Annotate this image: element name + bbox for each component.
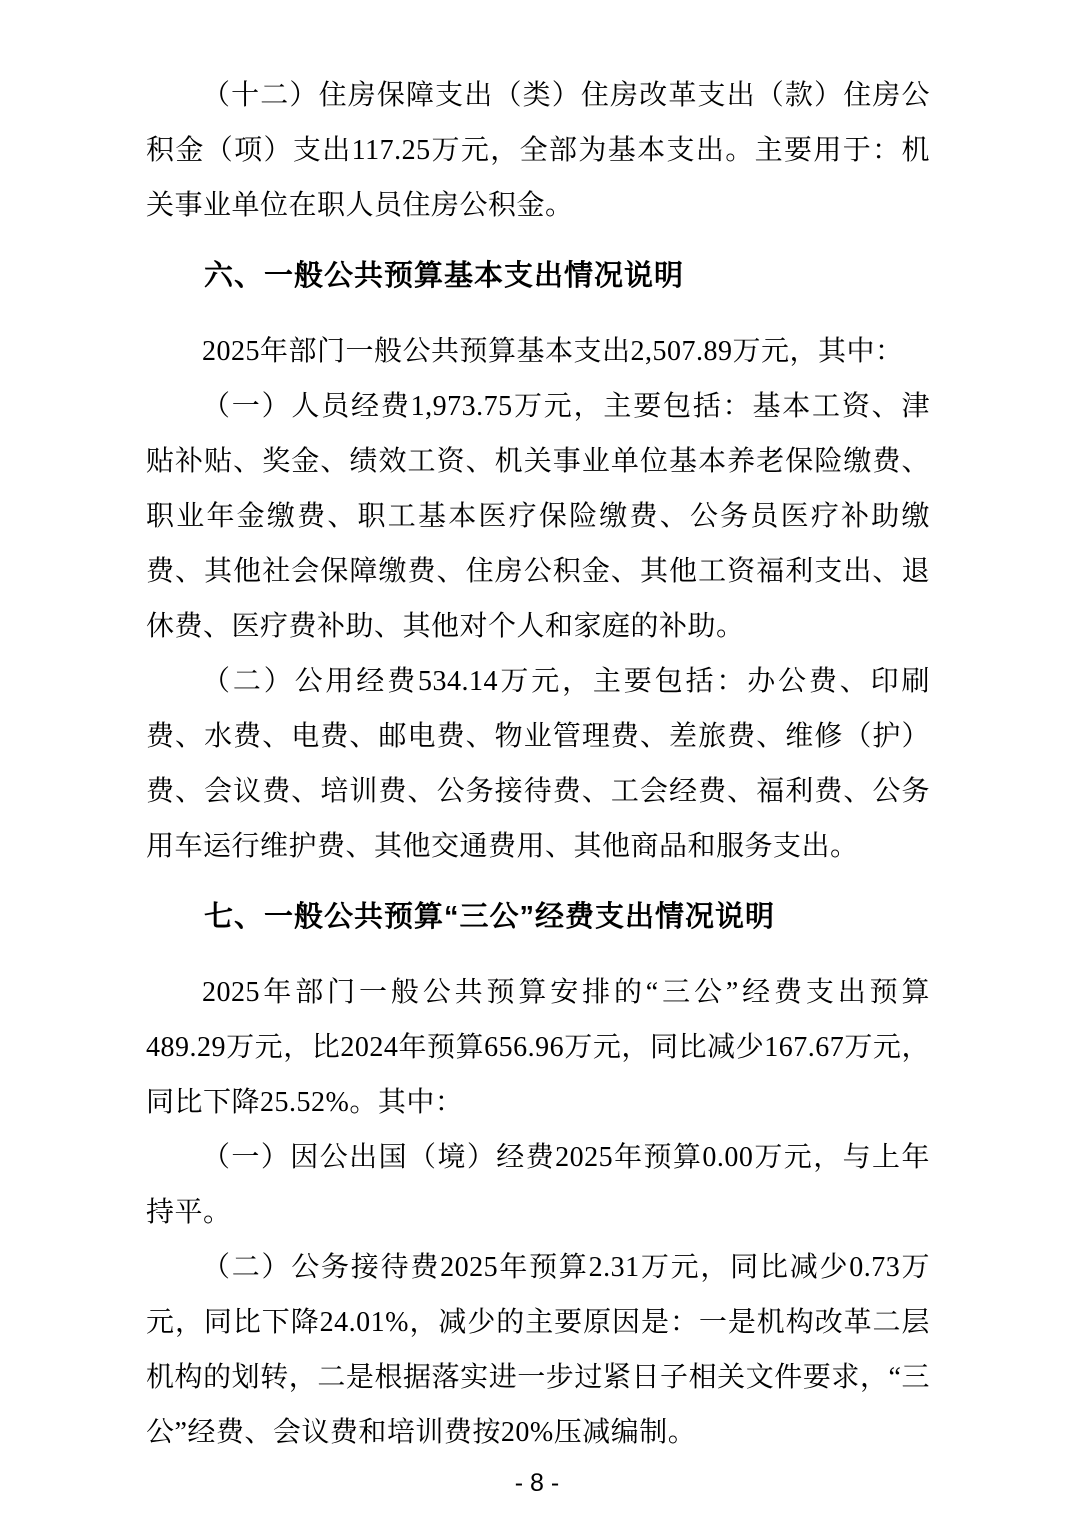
document-content: （十二）住房保障支出（类）住房改革支出（款）住房公积金（项）支出117.25万元… [146,68,930,1460]
paragraph-overseas-trip-expense: （一）因公出国（境）经费2025年预算0.00万元，与上年持平。 [146,1130,930,1240]
heading-section-seven-three-public-expense: 七、一般公共预算“三公”经费支出情况说明 [146,890,930,945]
paragraph-housing-security-expenditure: （十二）住房保障支出（类）住房改革支出（款）住房公积金（项）支出117.25万元… [146,68,930,233]
paragraph-section7-intro: 2025年部门一般公共预算安排的“三公”经费支出预算489.29万元，比2024… [146,965,930,1130]
paragraph-personnel-expense: （一）人员经费1,973.75万元，主要包括：基本工资、津贴补贴、奖金、绩效工资… [146,379,930,654]
paragraph-public-utility-expense: （二）公用经费534.14万元，主要包括：办公费、印刷费、水费、电费、邮电费、物… [146,654,930,874]
heading-section-six-basic-expenditure: 六、一般公共预算基本支出情况说明 [146,249,930,304]
document-page: （十二）住房保障支出（类）住房改革支出（款）住房公积金（项）支出117.25万元… [0,0,1074,1520]
page-number: - 8 - [0,1469,1074,1498]
paragraph-section6-intro: 2025年部门一般公共预算基本支出2,507.89万元，其中： [146,324,930,379]
paragraph-official-reception-expense: （二）公务接待费2025年预算2.31万元，同比减少0.73万元，同比下降24.… [146,1240,930,1460]
